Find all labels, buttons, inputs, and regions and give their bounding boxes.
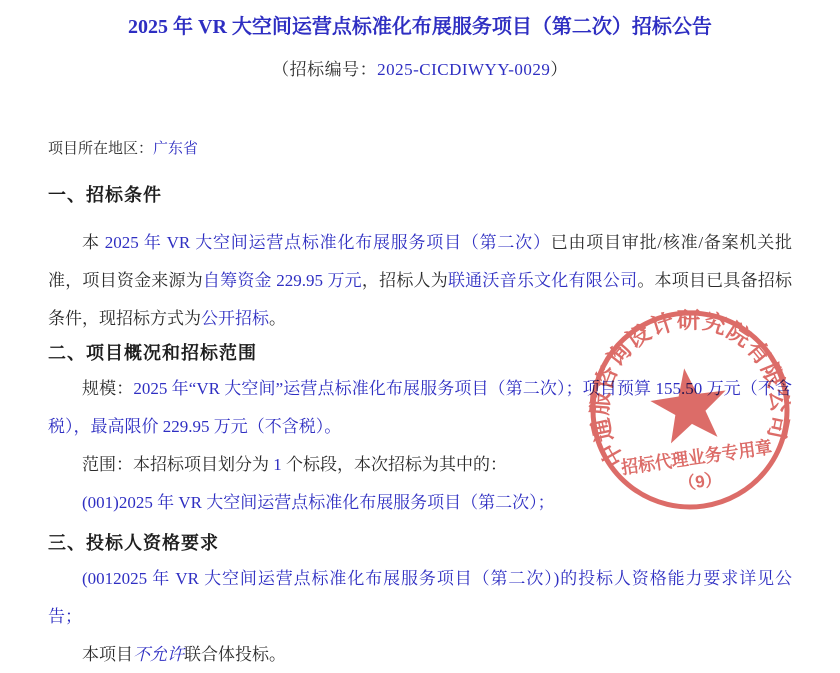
text-segment: (001)2025 年 VR 大空间运营点标准化布展服务项目（第二次）； xyxy=(82,493,555,512)
text-segment: 公开招标 xyxy=(201,309,269,328)
text-segment: (0012025 年 VR 大空间运营点标准化布展服务项目（第二次）)的投标人资… xyxy=(48,569,792,626)
text-segment: 2025 年 VR 大空间运营点标准化布展服务项目（第二次） xyxy=(105,233,551,252)
text-segment: 2025 年“VR 大空间”运营点标准化布展服务项目（第二次）；项目预算 155… xyxy=(48,379,792,436)
tender-number-line: （招标编号：2025-CICDIWYY-0029） xyxy=(48,58,792,82)
text-segment: 。 xyxy=(269,309,286,328)
text-segment: ） xyxy=(550,60,568,79)
consortium-rule-line: 本项目不允许联合体投标。 xyxy=(48,636,792,673)
text-segment: 联通沃音乐文化有限公司 xyxy=(448,271,637,290)
tender-announcement-document: 2025 年 VR 大空间运营点标准化布展服务项目（第二次）招标公告 （招标编号… xyxy=(0,0,840,673)
section-heading-project-overview: 二、项目概况和招标范围 xyxy=(48,340,792,366)
text-segment: 规模： xyxy=(82,379,133,398)
text-segment: 1 xyxy=(273,455,282,474)
bid-scope-paragraph: 范围：本招标项目划分为 1 个标段，本次招标为其中的： xyxy=(48,446,792,484)
text-segment: 本项目 xyxy=(82,645,133,664)
text-segment: 范围：本招标项目划分为 xyxy=(82,455,273,474)
text-segment: 广东省 xyxy=(153,141,198,157)
text-segment: 2025-CICDIWYY-0029 xyxy=(377,60,550,79)
text-segment: 项目所在地区： xyxy=(48,141,153,157)
page-title: 2025 年 VR 大空间运营点标准化布展服务项目（第二次）招标公告 xyxy=(48,0,792,41)
text-segment: 个标段，本次招标为其中的： xyxy=(282,455,507,474)
text-segment: 自筹资金 229.95 万元 xyxy=(203,271,362,290)
text-segment: （招标编号： xyxy=(272,60,377,79)
text-segment: ，招标人为 xyxy=(362,271,448,290)
project-location-line: 项目所在地区：广东省 xyxy=(48,138,792,160)
section-heading-bidder-qualification: 三、投标人资格要求 xyxy=(48,530,792,556)
project-scale-paragraph: 规模：2025 年“VR 大空间”运营点标准化布展服务项目（第二次）；项目预算 … xyxy=(48,370,792,446)
qualification-paragraph: (0012025 年 VR 大空间运营点标准化布展服务项目（第二次）)的投标人资… xyxy=(48,560,792,636)
section-heading-bidding-conditions: 一、招标条件 xyxy=(48,182,792,208)
text-segment: 联合体投标。 xyxy=(184,645,286,664)
bidding-conditions-paragraph: 本 2025 年 VR 大空间运营点标准化布展服务项目（第二次）已由项目审批/核… xyxy=(48,224,792,338)
text-segment: 不允许 xyxy=(133,645,184,664)
text-segment: 本 xyxy=(82,233,105,252)
bid-lot-line: (001)2025 年 VR 大空间运营点标准化布展服务项目（第二次）； xyxy=(48,484,792,522)
